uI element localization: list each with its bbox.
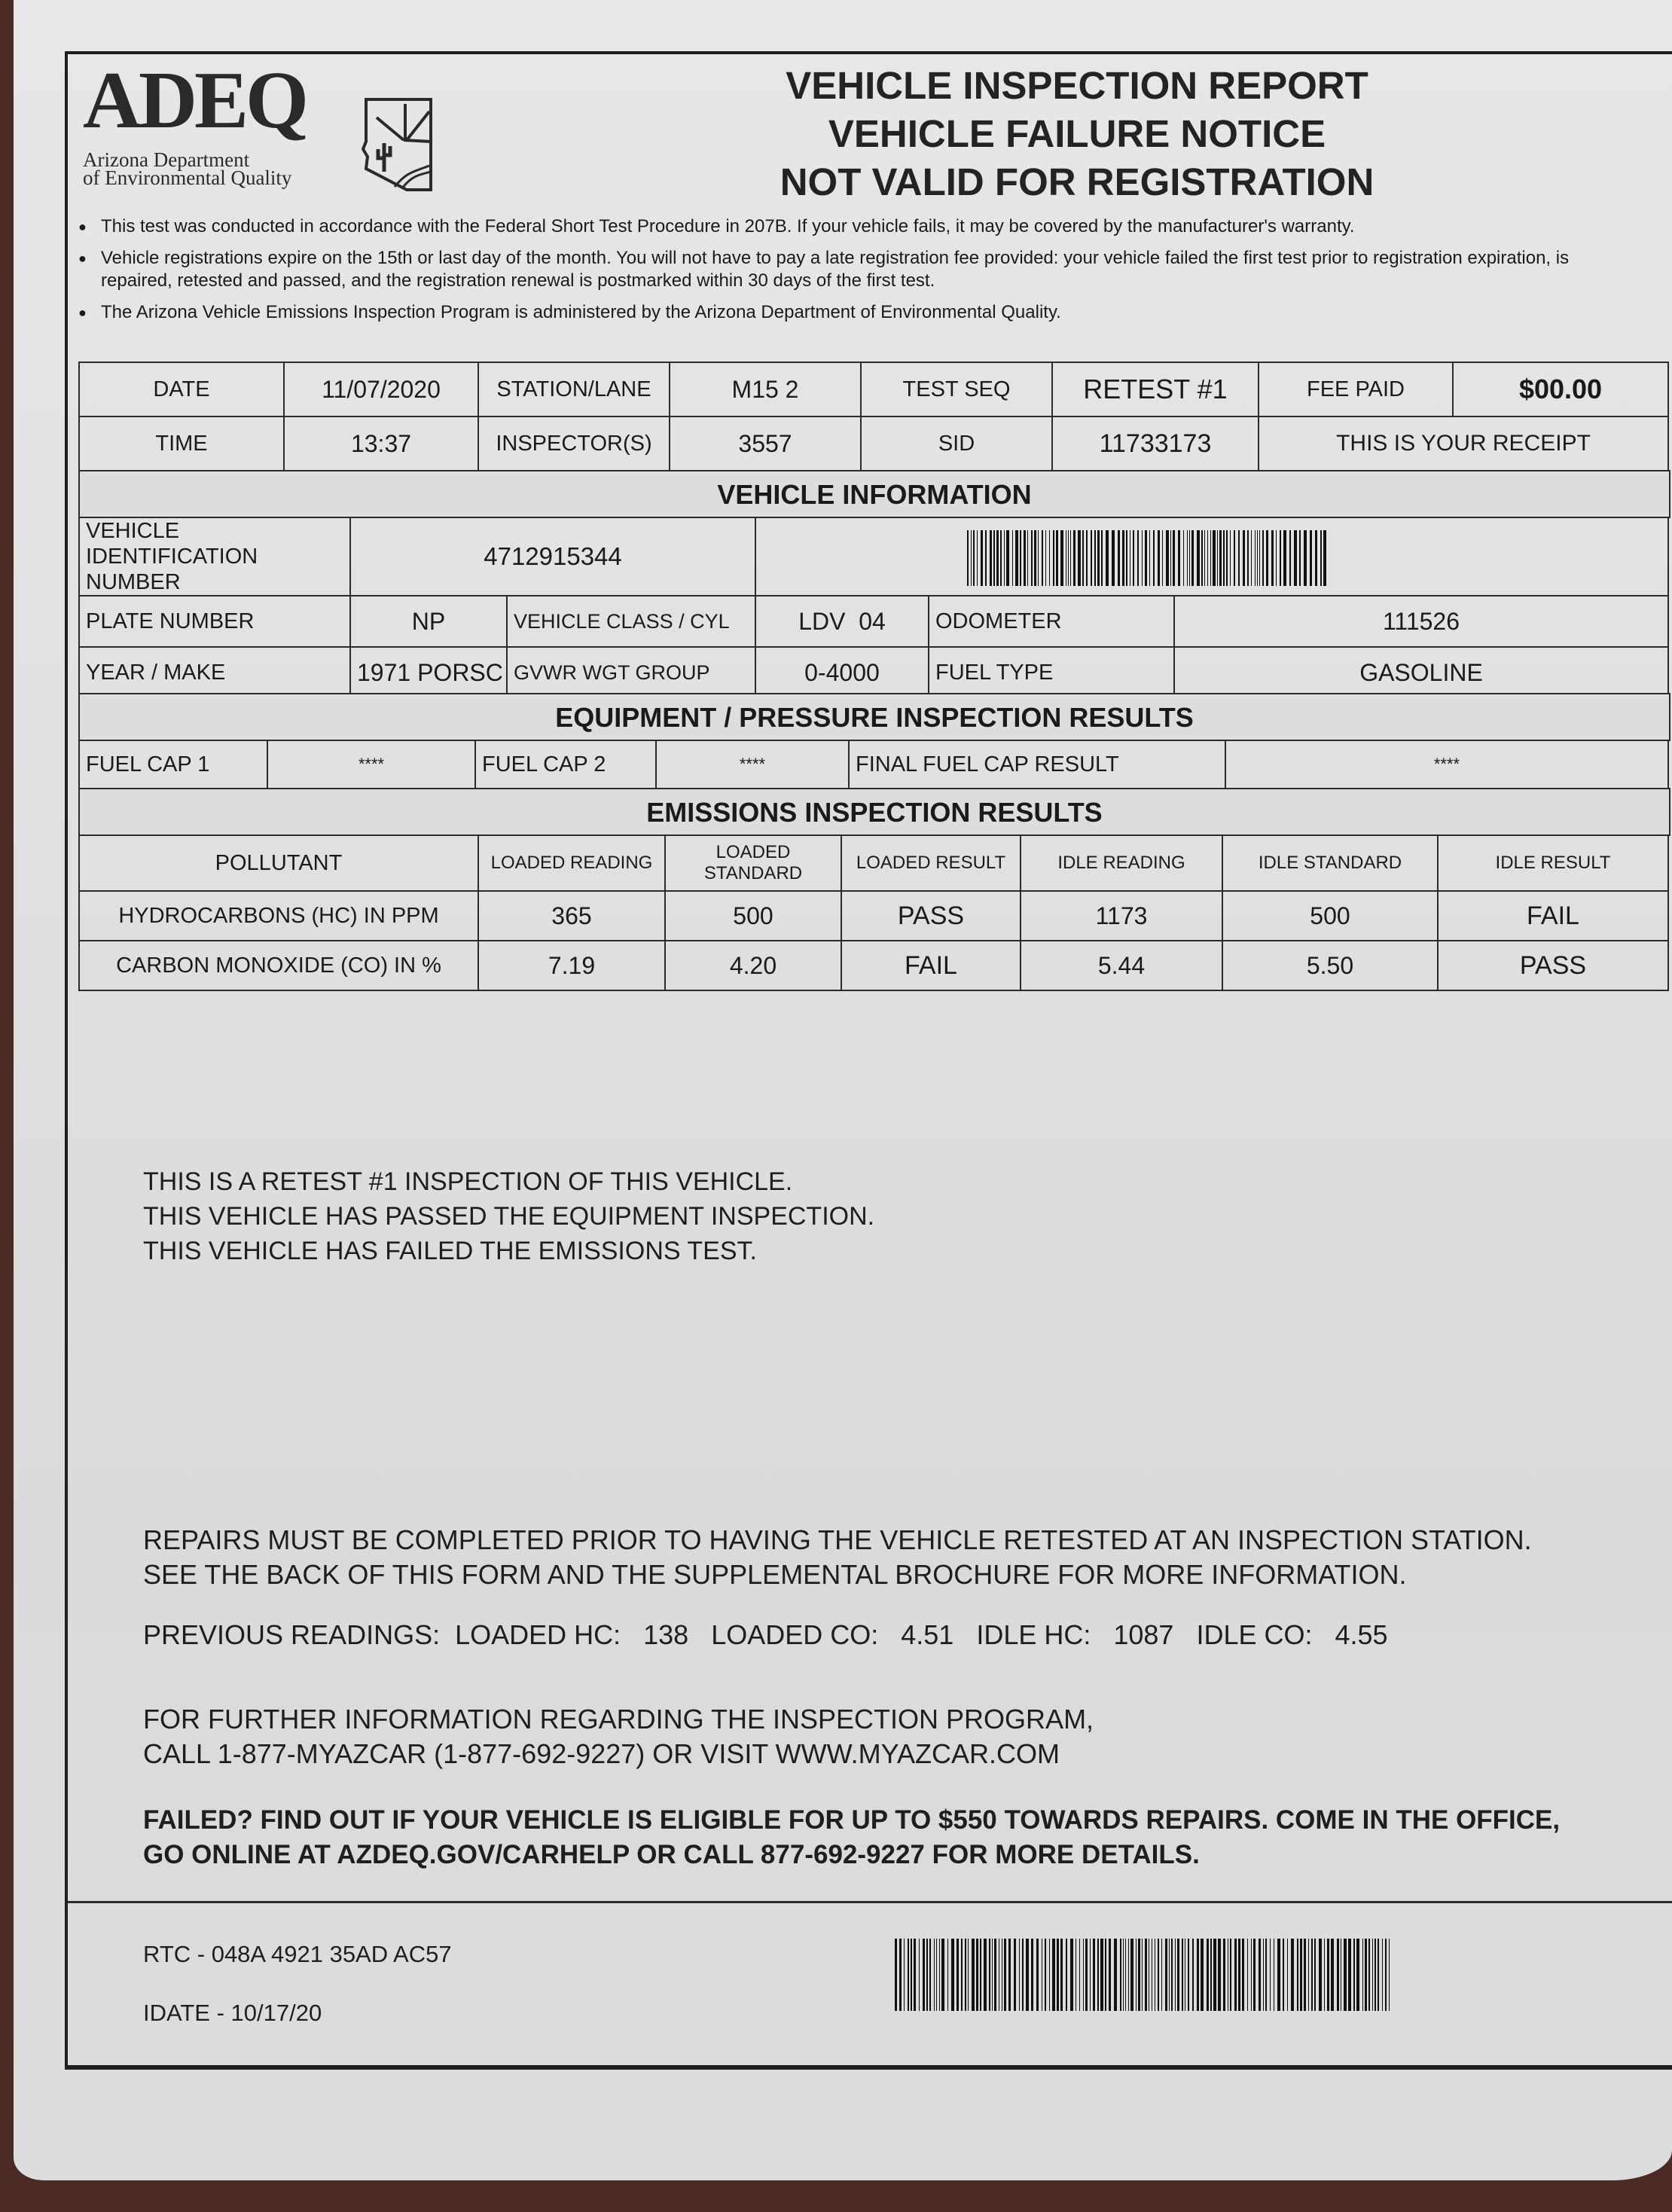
sid-label: SID <box>861 416 1052 471</box>
time-value: 13:37 <box>284 416 478 471</box>
bullet-item: This test was conducted in accordance wi… <box>78 215 1622 238</box>
equipment-table: FUEL CAP 1 **** FUEL CAP 2 **** FINAL FU… <box>78 740 1669 789</box>
fuel-cap-1-label: FUEL CAP 1 <box>79 740 267 789</box>
idle-standard-cell: 500 <box>1222 891 1438 941</box>
station-value: M15 2 <box>670 362 861 416</box>
date-label: DATE <box>79 362 284 416</box>
sid-value: 11733173 <box>1052 416 1259 471</box>
test-seq-value: RETEST #1 <box>1052 362 1259 416</box>
bullet-item: Vehicle registrations expire on the 15th… <box>78 247 1622 292</box>
loaded-result-cell: FAIL <box>841 941 1021 990</box>
barcode-icon <box>967 530 1329 586</box>
repairs-notice: REPAIRS MUST BE COMPLETED PRIOR TO HAVIN… <box>143 1523 1532 1592</box>
fee-paid-label: FEE PAID <box>1259 362 1453 416</box>
footer-divider <box>68 1901 1672 1903</box>
repair-assistance-notice: FAILED? FIND OUT IF YOUR VEHICLE IS ELIG… <box>143 1803 1560 1872</box>
emissions-status: THIS VEHICLE HAS FAILED THE EMISSIONS TE… <box>143 1234 874 1268</box>
inspector-value: 3557 <box>670 416 861 471</box>
final-fuel-cap-label: FINAL FUEL CAP RESULT <box>849 740 1225 789</box>
column-header: IDLE RESULT <box>1438 835 1668 891</box>
logo-acronym: ADEQ <box>83 60 306 142</box>
column-header: POLLUTANT <box>79 835 478 891</box>
idle-reading-cell: 1173 <box>1021 891 1222 941</box>
program-info: FOR FURTHER INFORMATION REGARDING THE IN… <box>143 1702 1094 1771</box>
column-header: IDLE STANDARD <box>1222 835 1438 891</box>
gvwr-value: 0-4000 <box>755 647 929 698</box>
receipt-note: THIS IS YOUR RECEIPT <box>1259 416 1668 471</box>
report-titles: VEHICLE INSPECTION REPORT VEHICLE FAILUR… <box>700 62 1454 206</box>
notice-bullets: This test was conducted in accordance wi… <box>78 215 1622 333</box>
table-row: CARBON MONOXIDE (CO) IN % 7.19 4.20 FAIL… <box>79 941 1668 990</box>
vin-value: 4712915344 <box>350 517 755 596</box>
odometer-label: ODOMETER <box>929 596 1174 647</box>
fuel-type-value: GASOLINE <box>1174 647 1668 698</box>
bullet-item: The Arizona Vehicle Emissions Inspection… <box>78 301 1622 324</box>
vehicle-class-label: VEHICLE CLASS / CYL <box>507 596 755 647</box>
gvwr-label: GVWR WGT GROUP <box>507 647 755 698</box>
date-value: 11/07/2020 <box>284 362 478 416</box>
idate: IDATE - 10/17/20 <box>143 1996 322 2030</box>
fuel-cap-2-label: FUEL CAP 2 <box>475 740 656 789</box>
loaded-standard-cell: 4.20 <box>665 941 841 990</box>
footer-barcode <box>895 1939 1392 2011</box>
year-make-value: 1971 PORSC <box>350 647 507 698</box>
plate-label: PLATE NUMBER <box>79 596 350 647</box>
test-info-table: DATE 11/07/2020 STATION/LANE M15 2 TEST … <box>78 362 1669 471</box>
rtc-code: RTC - 048A 4921 35AD AC57 <box>143 1937 452 1972</box>
table-row: HYDROCARBONS (HC) IN PPM 365 500 PASS 11… <box>79 891 1668 941</box>
not-valid-title: NOT VALID FOR REGISTRATION <box>700 158 1454 206</box>
vin-barcode-cell <box>755 517 1668 596</box>
loaded-reading-cell: 365 <box>478 891 665 941</box>
status-messages: THIS IS A RETEST #1 INSPECTION OF THIS V… <box>143 1164 874 1268</box>
year-make-label: YEAR / MAKE <box>79 647 350 698</box>
idle-result-cell: FAIL <box>1438 891 1668 941</box>
pollutant-cell: CARBON MONOXIDE (CO) IN % <box>79 941 478 990</box>
emissions-heading: EMISSIONS INSPECTION RESULTS <box>78 788 1670 836</box>
odometer-value: 111526 <box>1174 596 1668 647</box>
fuel-cap-1-value: **** <box>267 740 475 789</box>
loaded-result-cell: PASS <box>841 891 1021 941</box>
previous-readings: PREVIOUS READINGS: LOADED HC: 138 LOADED… <box>143 1618 1388 1652</box>
barcode-icon <box>895 1939 1392 2011</box>
column-header: LOADED STANDARD <box>665 835 841 891</box>
report-title: VEHICLE INSPECTION REPORT <box>700 62 1454 110</box>
column-header: LOADED READING <box>478 835 665 891</box>
idle-result-cell: PASS <box>1438 941 1668 990</box>
fuel-cap-2-value: **** <box>656 740 849 789</box>
vin-label: VEHICLE IDENTIFICATION NUMBER <box>79 517 350 596</box>
loaded-reading-cell: 7.19 <box>478 941 665 990</box>
pollutant-cell: HYDROCARBONS (HC) IN PPM <box>79 891 478 941</box>
document-page: ADEQ Arizona Department of Environmental… <box>14 0 1672 2180</box>
logo-subtitle: Arizona Department of Environmental Qual… <box>83 151 291 187</box>
fuel-type-label: FUEL TYPE <box>929 647 1174 698</box>
time-label: TIME <box>79 416 284 471</box>
equipment-status: THIS VEHICLE HAS PASSED THE EQUIPMENT IN… <box>143 1199 874 1234</box>
adeq-logo: ADEQ Arizona Department of Environmental… <box>83 69 429 182</box>
failure-notice-title: VEHICLE FAILURE NOTICE <box>700 110 1454 158</box>
test-seq-label: TEST SEQ <box>861 362 1052 416</box>
idle-standard-cell: 5.50 <box>1222 941 1438 990</box>
inspector-label: INSPECTOR(S) <box>478 416 670 471</box>
emissions-table: POLLUTANT LOADED READING LOADED STANDARD… <box>78 834 1669 991</box>
equipment-heading: EQUIPMENT / PRESSURE INSPECTION RESULTS <box>78 693 1670 741</box>
fee-paid-value: $00.00 <box>1453 362 1668 416</box>
arizona-state-cactus-icon <box>362 96 434 193</box>
inspection-form: ADEQ Arizona Department of Environmental… <box>65 51 1672 2070</box>
station-label: STATION/LANE <box>478 362 670 416</box>
column-header: LOADED RESULT <box>841 835 1021 891</box>
vehicle-info-heading: VEHICLE INFORMATION <box>78 470 1670 518</box>
vehicle-info-table: VEHICLE IDENTIFICATION NUMBER 4712915344… <box>78 517 1669 699</box>
emissions-header-row: POLLUTANT LOADED READING LOADED STANDARD… <box>79 835 1668 891</box>
retest-status: THIS IS A RETEST #1 INSPECTION OF THIS V… <box>143 1164 874 1199</box>
vehicle-class-value: LDV 04 <box>755 596 929 647</box>
column-header: IDLE READING <box>1021 835 1222 891</box>
idle-reading-cell: 5.44 <box>1021 941 1222 990</box>
final-fuel-cap-value: **** <box>1225 740 1668 789</box>
plate-value: NP <box>350 596 507 647</box>
loaded-standard-cell: 500 <box>665 891 841 941</box>
